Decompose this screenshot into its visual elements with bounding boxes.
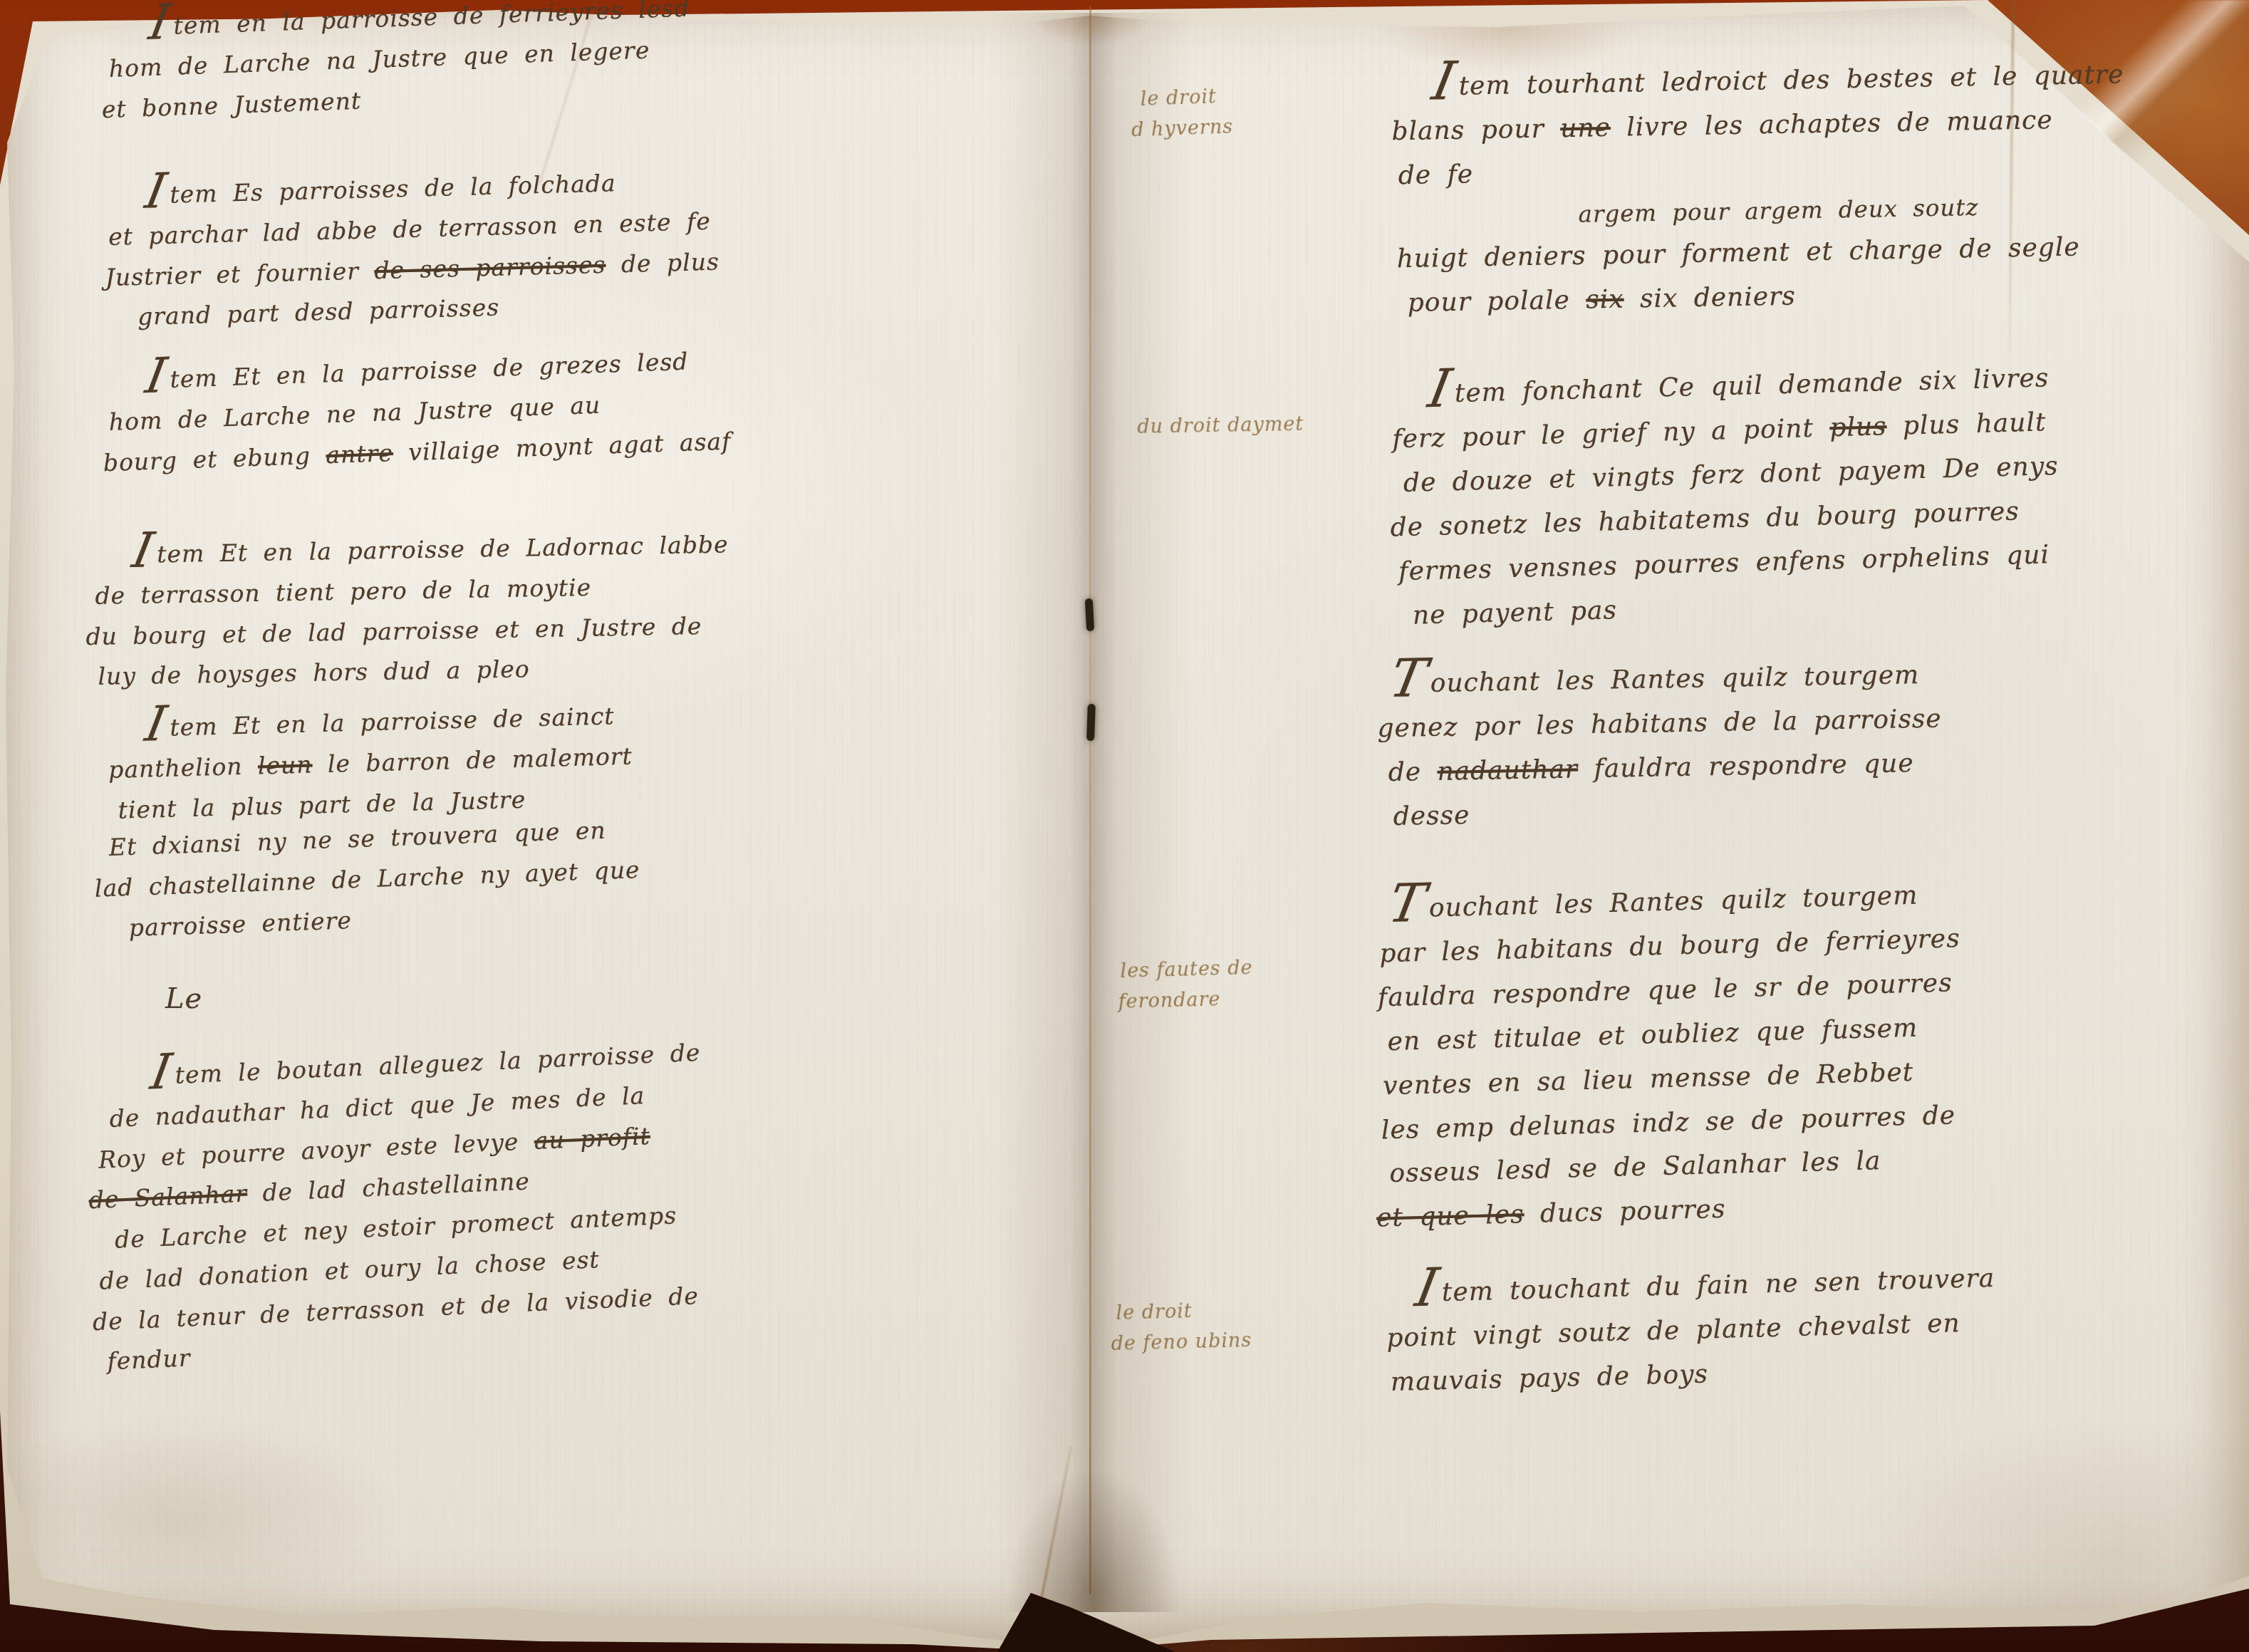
struck-text: de ses parroisses	[374, 250, 606, 284]
text-segment: de sonetz les habitatems du bourg pourre…	[1390, 497, 2020, 542]
text-segment: Justrier et fournier	[105, 256, 375, 291]
manuscript-line: le droit	[1140, 81, 1232, 115]
flourished-initial: I	[147, 724, 167, 724]
manuscript-line: du droit daymet	[1137, 409, 1304, 442]
text-segment: de lad chastellainne	[246, 1168, 530, 1207]
text-segment: desse	[1393, 801, 1470, 831]
text-segment: par les habitans du bourg de ferrieyres	[1379, 924, 1960, 968]
manuscript-line: de feno ubins	[1111, 1325, 1252, 1359]
flourished-initial: I	[152, 1071, 172, 1072]
manuscript-paragraph: Le	[165, 975, 202, 1024]
text-segment: luy de hoysges hors dud a pleo	[98, 655, 530, 691]
text-segment: pour polale	[1407, 286, 1586, 318]
manuscript-paragraph: Item Es parroisses de la folchadaet parc…	[107, 161, 721, 338]
text-segment: ferondare	[1118, 989, 1221, 1014]
text-segment: tem Et en la parroisse de sainct	[170, 702, 615, 741]
struck-text: une	[1560, 113, 1611, 143]
manuscript-line: d hyverns	[1131, 112, 1234, 146]
binding-crease	[1089, 6, 1091, 1594]
manuscript-line: Le	[165, 975, 202, 1024]
text-segment: d hyverns	[1131, 116, 1234, 142]
struck-text: antre	[326, 439, 394, 469]
manuscript-paragraph: Touchant les Rantes quilz tourgemgenez p…	[1391, 653, 1943, 839]
manuscript-paragraph: Item tourhant ledroict des bestes et le …	[1405, 53, 2128, 326]
manuscript-line: ferondare	[1118, 983, 1254, 1017]
text-segment: du bourg et de lad parroisse et en Justr…	[85, 612, 702, 650]
text-segment: ducs pourres	[1524, 1195, 1726, 1229]
text-segment: les emp delunas indz se de pourres de	[1381, 1101, 1955, 1145]
text-segment: ouchant les Rantes quilz tourgem	[1428, 881, 1918, 923]
binding-stitch	[1086, 704, 1096, 741]
text-segment: mauvais pays de boys	[1391, 1359, 1709, 1397]
flourished-initial: T	[1390, 903, 1425, 904]
margin-note: le droitde feno ubins	[1116, 1294, 1252, 1359]
manuscript-paragraph: Item Et en la parroisse de sainctpanthel…	[107, 696, 634, 831]
flourished-initial: I	[147, 191, 167, 192]
manuscript-paragraph: Item touchant du fain ne sen trouverapoi…	[1391, 1257, 1998, 1405]
flourished-initial: T	[1391, 678, 1426, 679]
text-segment: tem tourhant ledroict des bestes et le q…	[1458, 60, 2124, 100]
margin-note: les fautes deferondare	[1120, 952, 1254, 1017]
text-segment: fauldra respondre que	[1578, 749, 1914, 784]
text-segment: le droit	[1140, 85, 1217, 110]
text-segment: panthelion	[108, 752, 259, 783]
text-segment: villaige moynt agat asaf	[393, 427, 732, 467]
struck-text: leun	[257, 750, 313, 779]
text-segment: genez por les habitans de la parroisse	[1377, 704, 1942, 743]
text-segment: du droit daymet	[1137, 413, 1304, 438]
manuscript-paragraph: Et dxiansi ny ne se trouvera que enlad c…	[108, 809, 642, 949]
text-segment: les fautes de	[1120, 957, 1253, 982]
struck-text: plus	[1829, 412, 1887, 442]
text-segment: point vingt soutz de plante chevalst en	[1386, 1309, 1960, 1353]
manuscript-paragraph: Touchant les Rantes quilz tourgempar les…	[1389, 873, 1968, 1240]
text-segment: parroisse entiere	[128, 906, 352, 942]
text-segment: le droit	[1116, 1300, 1193, 1324]
text-segment: grand part desd parroisses	[137, 293, 500, 331]
text-segment: tem Es parroisses de la folchada	[170, 169, 616, 208]
manuscript-paragraph: Item en la parroisse de ferrieyres lesdh…	[107, 0, 693, 130]
struck-text: au profit	[534, 1121, 651, 1154]
manuscript-paragraph: Item Et en la parroisse de Ladornac labb…	[94, 524, 731, 697]
text-segment: fauldra respondre que le sr de pourres	[1378, 968, 1953, 1012]
text-segment: ouchant les Rantes quilz tourgem	[1430, 660, 1919, 698]
struck-text: nadauthar	[1437, 754, 1578, 786]
text-segment: tem Et en la parroisse de Ladornac labbe	[157, 530, 729, 568]
margin-note: du droit daymet	[1137, 409, 1304, 442]
manuscript-paragraph: Item Et en la parroisse de grezes lesdho…	[107, 341, 732, 484]
text-segment: fermes vensnes pourres enfens orphelins …	[1398, 540, 2050, 586]
text-segment: de terrasson tient pero de la moytie	[95, 573, 591, 610]
text-segment: argem pour argem deux soutz	[1578, 194, 1978, 228]
text-segment: plus hault	[1886, 407, 2047, 441]
margin-note: le droitd hyverns	[1140, 81, 1234, 146]
struck-text: de Salanhar	[88, 1180, 248, 1215]
text-segment: et bonne Justement	[101, 86, 361, 123]
struck-text: six	[1586, 285, 1624, 315]
manuscript-line: le droit	[1116, 1294, 1252, 1329]
text-segment: blans pour	[1391, 114, 1560, 146]
flourished-initial: I	[147, 375, 167, 376]
text-segment: six deniers	[1624, 282, 1796, 314]
photograph-of-manuscript: Item en la parroisse de ferrieyres lesdh…	[0, 0, 2249, 1652]
manuscript-paragraph: Item fonchant Ce quil demande six livres…	[1402, 356, 2062, 638]
text-segment: de feno ubins	[1111, 1329, 1252, 1355]
handwritten-text-layer: Item en la parroisse de ferrieyres lesdh…	[0, 0, 2249, 1652]
struck-text: et que les	[1376, 1200, 1525, 1233]
flourished-initial: I	[150, 22, 170, 23]
flourished-initial: I	[1433, 81, 1455, 82]
text-segment: ferz pour le grief ny a point	[1392, 413, 1830, 454]
manuscript-paragraph: Item le boutan alleguez la parroisse ded…	[107, 1033, 714, 1382]
text-segment: Le	[165, 982, 202, 1015]
binding-stitch	[1085, 598, 1094, 632]
text-segment: de fe	[1398, 160, 1473, 190]
text-segment: tem fonchant Ce quil demande six livres	[1454, 363, 2049, 408]
text-segment: bourg et ebung	[103, 441, 326, 477]
flourished-initial: I	[1417, 1287, 1438, 1288]
text-segment: ne payent pas	[1412, 596, 1617, 630]
text-segment: ventes en sa lieu mensse de Rebbet	[1383, 1057, 1914, 1100]
text-segment: livre les achaptes de muance	[1611, 105, 2053, 142]
text-segment: osseus lesd se de Salanhar les la	[1389, 1147, 1881, 1189]
text-segment: de plus	[606, 247, 720, 278]
text-segment: en est titulae et oubliez que fussem	[1387, 1013, 1918, 1056]
text-segment: le barron de malemort	[312, 742, 633, 778]
text-segment: tem touchant du fain ne sen trouvera	[1441, 1264, 1995, 1307]
manuscript-line: les fautes de	[1120, 952, 1253, 987]
text-segment: fendur	[107, 1344, 192, 1376]
text-segment: huigt deniers pour forment et charge de …	[1396, 233, 2080, 274]
text-segment: de	[1388, 757, 1438, 787]
flourished-initial: I	[1430, 388, 1451, 389]
